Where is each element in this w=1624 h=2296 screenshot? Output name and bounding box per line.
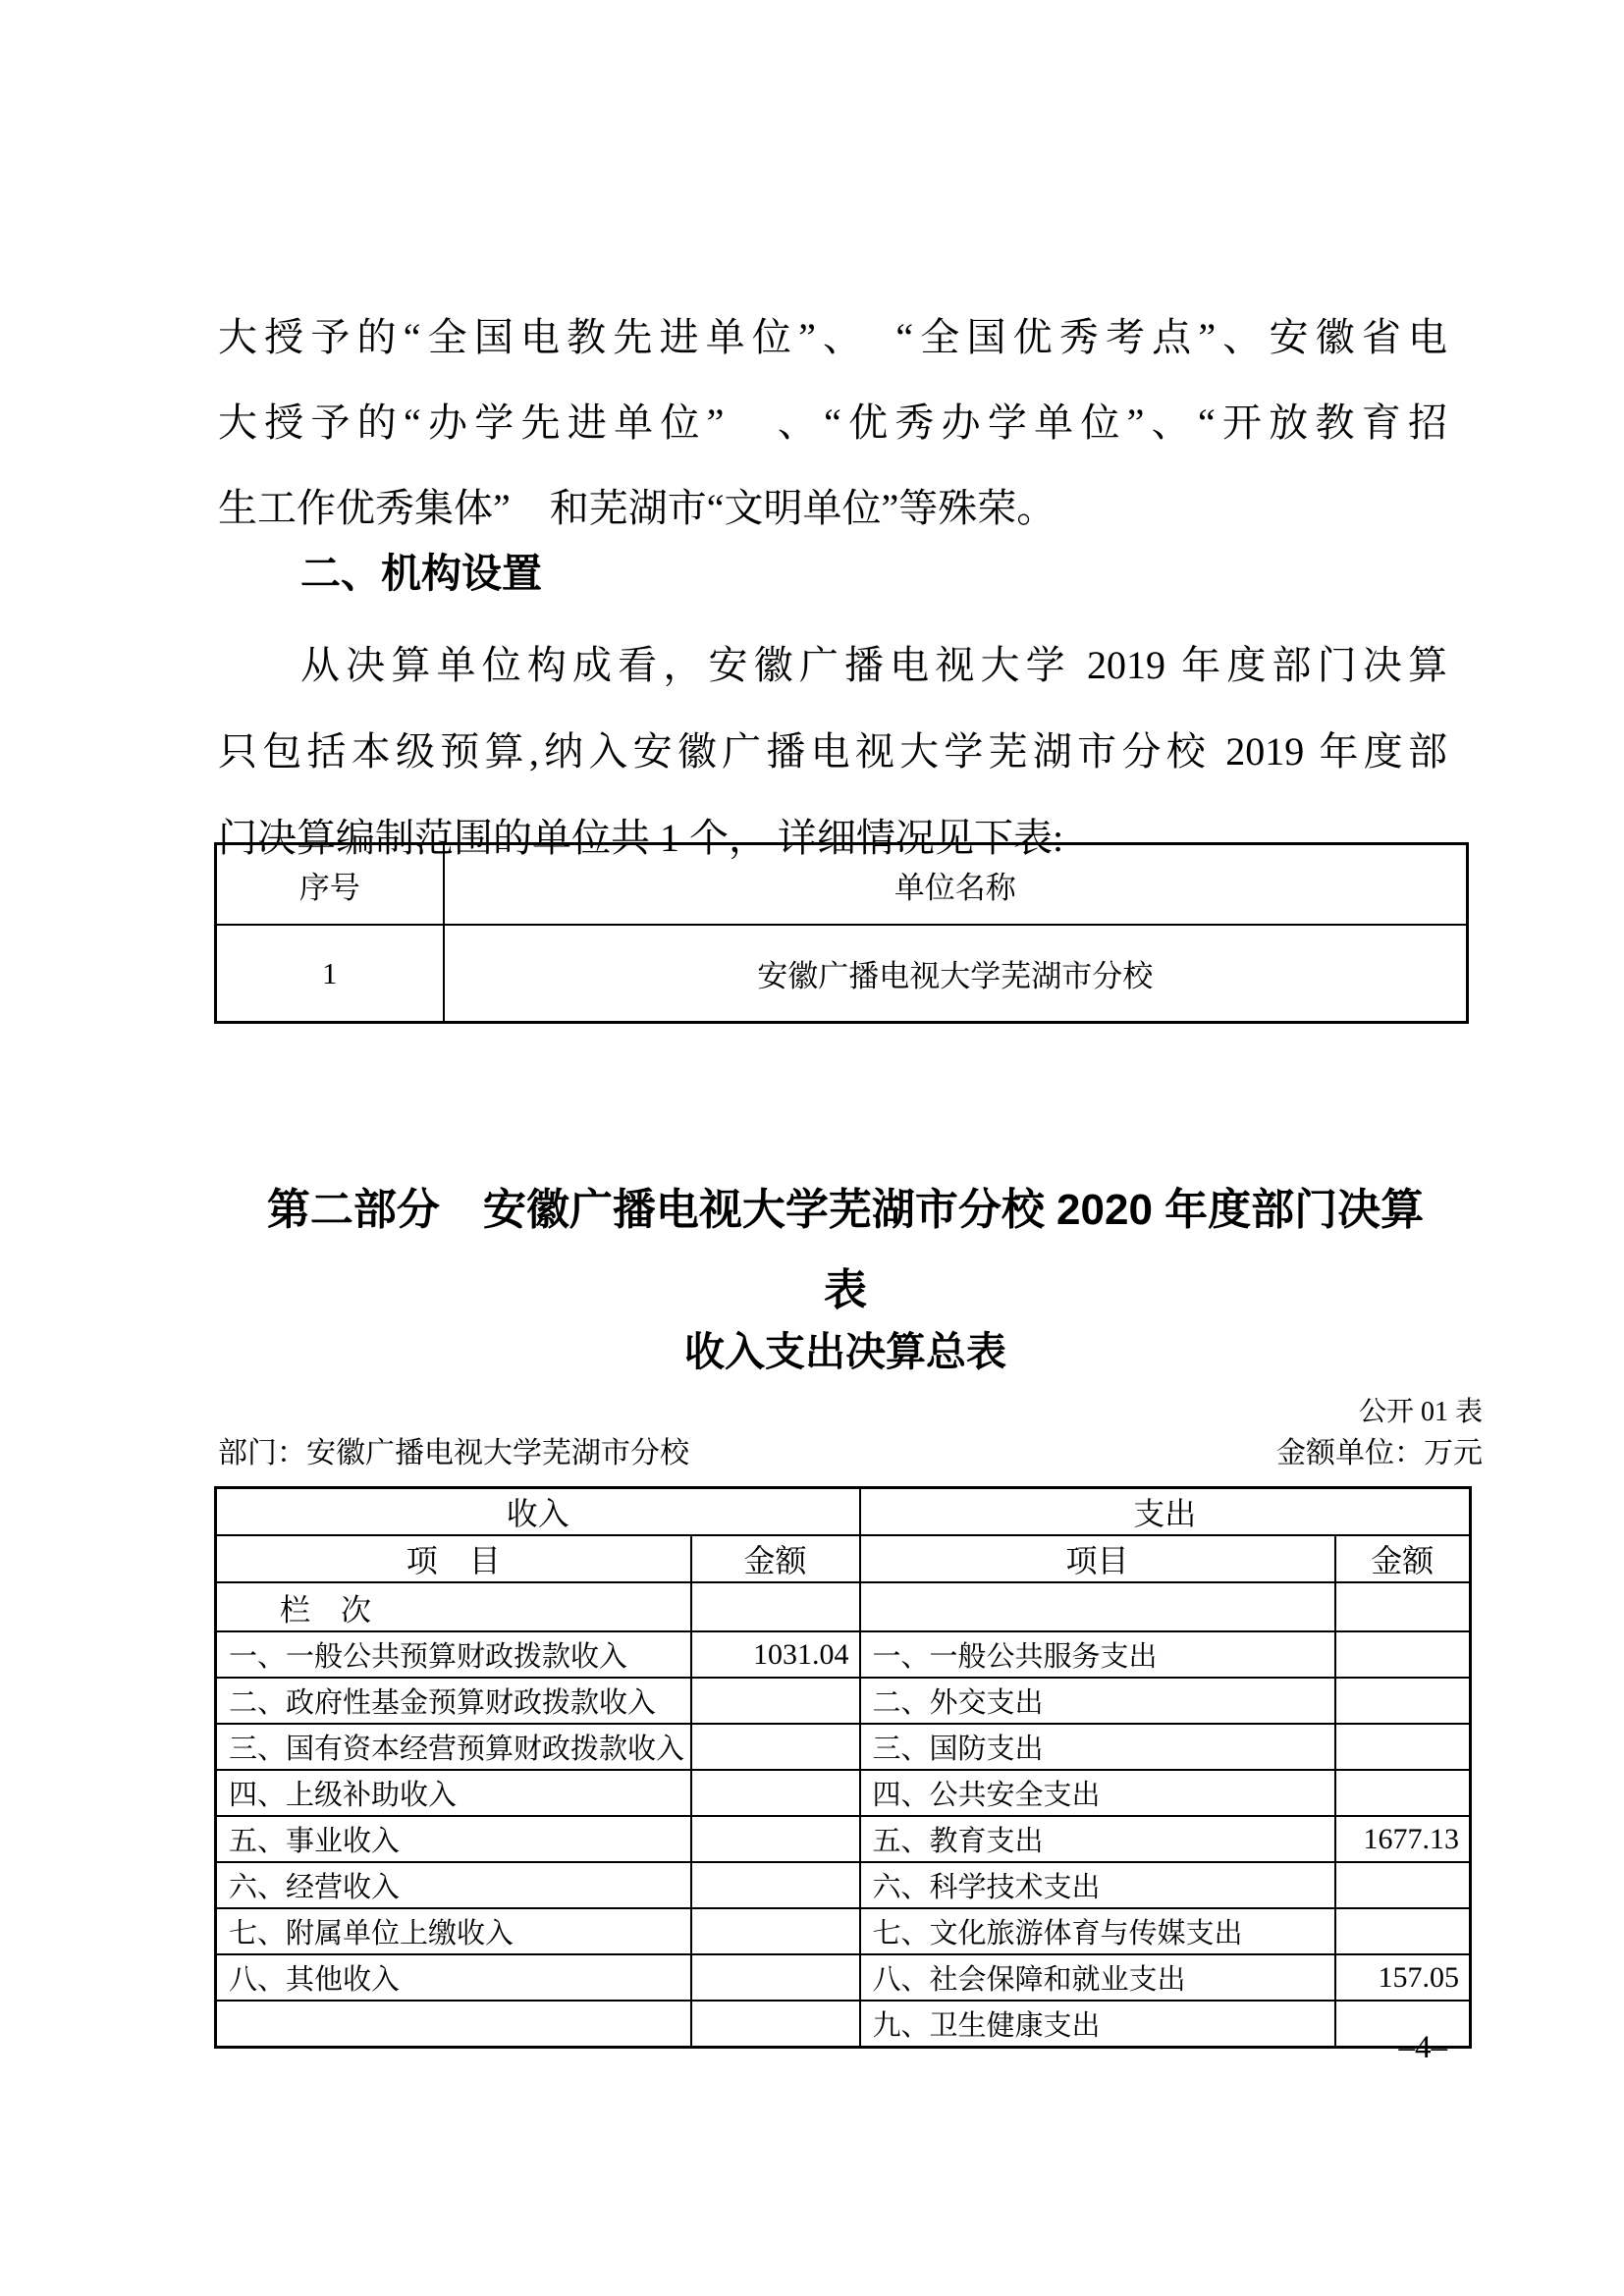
income-amount-cell: [691, 1862, 860, 1908]
income-item-cell: 八、其他收入: [216, 1954, 691, 2001]
income-item-header: 项 目: [216, 1535, 691, 1582]
expense-item-header: 项目: [860, 1535, 1335, 1582]
summary-table-title: 收入支出决算总表: [218, 1327, 1473, 1376]
expense-amount-cell: [1335, 1908, 1471, 1954]
department-label: 部门：安徽广播电视大学芜湖市分校: [218, 1435, 689, 1472]
unit-list-header-row: 序号 单位名称: [216, 844, 1468, 926]
income-section-header: 收入: [216, 1488, 860, 1536]
paragraph-organization-line-1: 从决算单位构成看，安徽广播电视大学 2019 年度部门决算: [218, 622, 1447, 709]
expense-item-cell: 二、外交支出: [860, 1678, 1335, 1724]
summary-data-row: 四、上级补助收入 四、公共安全支出: [216, 1770, 1471, 1816]
section-heading-organization: 二、机构设置: [300, 550, 542, 597]
expense-amount-header: 金额: [1335, 1535, 1471, 1582]
unit-list-row: 1 安徽广播电视大学芜湖市分校: [216, 925, 1468, 1023]
unit-list-header-serial: 序号: [216, 844, 444, 926]
expense-amount-cell: [1335, 1631, 1471, 1678]
document-page: 大授予的“全国电教先进单位”、 “全国优秀考点”、安徽省电 大授予的“办学先进单…: [0, 0, 1624, 2296]
expense-item-cell: 八、社会保障和就业支出: [860, 1954, 1335, 2001]
expense-amount-cell: 1677.13: [1335, 1816, 1471, 1862]
income-item-cell: 二、政府性基金预算财政拨款收入: [216, 1678, 691, 1724]
expense-section-header: 支出: [860, 1488, 1471, 1536]
summary-header-row-1: 收入 支出: [216, 1488, 1471, 1536]
summary-header-row-2: 项 目 金额 项目 金额: [216, 1535, 1471, 1582]
paragraph-honors-line-2: 大授予的“办学先进单位” 、“优秀办学单位”、“开放教育招: [218, 380, 1447, 465]
summary-data-row: 七、附属单位上缴收入 七、文化旅游体育与传媒支出: [216, 1908, 1471, 1954]
income-amount-header: 金额: [691, 1535, 860, 1582]
unit-list-table: 序号 单位名称 1 安徽广播电视大学芜湖市分校: [214, 842, 1469, 1024]
amount-unit-label: 金额单位：万元: [1276, 1435, 1483, 1472]
expense-item-cell: 六、科学技术支出: [860, 1862, 1335, 1908]
income-item-cell: 五、事业收入: [216, 1816, 691, 1862]
expense-item-cell: 七、文化旅游体育与传媒支出: [860, 1908, 1335, 1954]
expense-amount-cell: [1335, 1678, 1471, 1724]
expense-amount-cell: 157.05: [1335, 1954, 1471, 2001]
table-meta-line: 部门：安徽广播电视大学芜湖市分校 金额单位：万元: [218, 1435, 1483, 1472]
summary-lanci-row: 栏 次: [216, 1582, 1471, 1631]
paragraph-honors-line-1: 大授予的“全国电教先进单位”、 “全国优秀考点”、安徽省电: [218, 294, 1447, 380]
unit-name-cell: 安徽广播电视大学芜湖市分校: [444, 925, 1468, 1023]
summary-data-row: 二、政府性基金预算财政拨款收入 二、外交支出: [216, 1678, 1471, 1724]
income-item-cell: 三、国有资本经营预算财政拨款收入: [216, 1724, 691, 1770]
empty-cell: [1335, 1582, 1471, 1631]
paragraph-organization-line-2: 只包括本级预算,纳入安徽广播电视大学芜湖市分校 2019 年度部: [218, 709, 1447, 795]
expense-item-cell: 四、公共安全支出: [860, 1770, 1335, 1816]
expense-amount-cell: [1335, 1862, 1471, 1908]
expense-item-cell: 三、国防支出: [860, 1724, 1335, 1770]
income-amount-cell: [691, 1724, 860, 1770]
income-amount-cell: [691, 1816, 860, 1862]
paragraph-honors: 大授予的“全国电教先进单位”、 “全国优秀考点”、安徽省电 大授予的“办学先进单…: [218, 294, 1447, 551]
expense-item-cell: 一、一般公共服务支出: [860, 1631, 1335, 1678]
form-tag: 公开 01 表: [218, 1396, 1483, 1429]
income-amount-cell: 1031.04: [691, 1631, 860, 1678]
income-amount-cell: [691, 1678, 860, 1724]
part2-title-line-2: 表: [218, 1251, 1473, 1331]
expense-amount-cell: [1335, 1724, 1471, 1770]
summary-data-row: 一、一般公共预算财政拨款收入 1031.04 一、一般公共服务支出: [216, 1631, 1471, 1678]
summary-data-row: 六、经营收入 六、科学技术支出: [216, 1862, 1471, 1908]
income-amount-cell: [691, 1908, 860, 1954]
expense-amount-cell: [1335, 1770, 1471, 1816]
summary-data-row: 三、国有资本经营预算财政拨款收入 三、国防支出: [216, 1724, 1471, 1770]
income-item-cell: 六、经营收入: [216, 1862, 691, 1908]
unit-list-header-name: 单位名称: [444, 844, 1468, 926]
page-number: –4–: [218, 2028, 1447, 2067]
paragraph-honors-line-3: 生工作优秀集体” 和芜湖市“文明单位”等殊荣。: [218, 465, 1447, 551]
income-item-cell: 一、一般公共预算财政拨款收入: [216, 1631, 691, 1678]
part2-title: 第二部分 安徽广播电视大学芜湖市分校 2020 年度部门决算 表: [218, 1170, 1473, 1331]
income-item-cell: 七、附属单位上缴收入: [216, 1908, 691, 1954]
empty-cell: [691, 1582, 860, 1631]
income-item-cell: 四、上级补助收入: [216, 1770, 691, 1816]
summary-data-row: 五、事业收入 五、教育支出 1677.13: [216, 1816, 1471, 1862]
lanci-cell: 栏 次: [216, 1582, 691, 1631]
part2-title-line-1: 第二部分 安徽广播电视大学芜湖市分校 2020 年度部门决算: [218, 1170, 1473, 1251]
income-expense-summary-table: 收入 支出 项 目 金额 项目 金额 栏 次 一、一般公共预算财政拨款收入 10…: [214, 1486, 1472, 2049]
income-amount-cell: [691, 1770, 860, 1816]
summary-data-row: 八、其他收入 八、社会保障和就业支出 157.05: [216, 1954, 1471, 2001]
unit-serial-cell: 1: [216, 925, 444, 1023]
expense-item-cell: 五、教育支出: [860, 1816, 1335, 1862]
income-amount-cell: [691, 1954, 860, 2001]
empty-cell: [860, 1582, 1335, 1631]
